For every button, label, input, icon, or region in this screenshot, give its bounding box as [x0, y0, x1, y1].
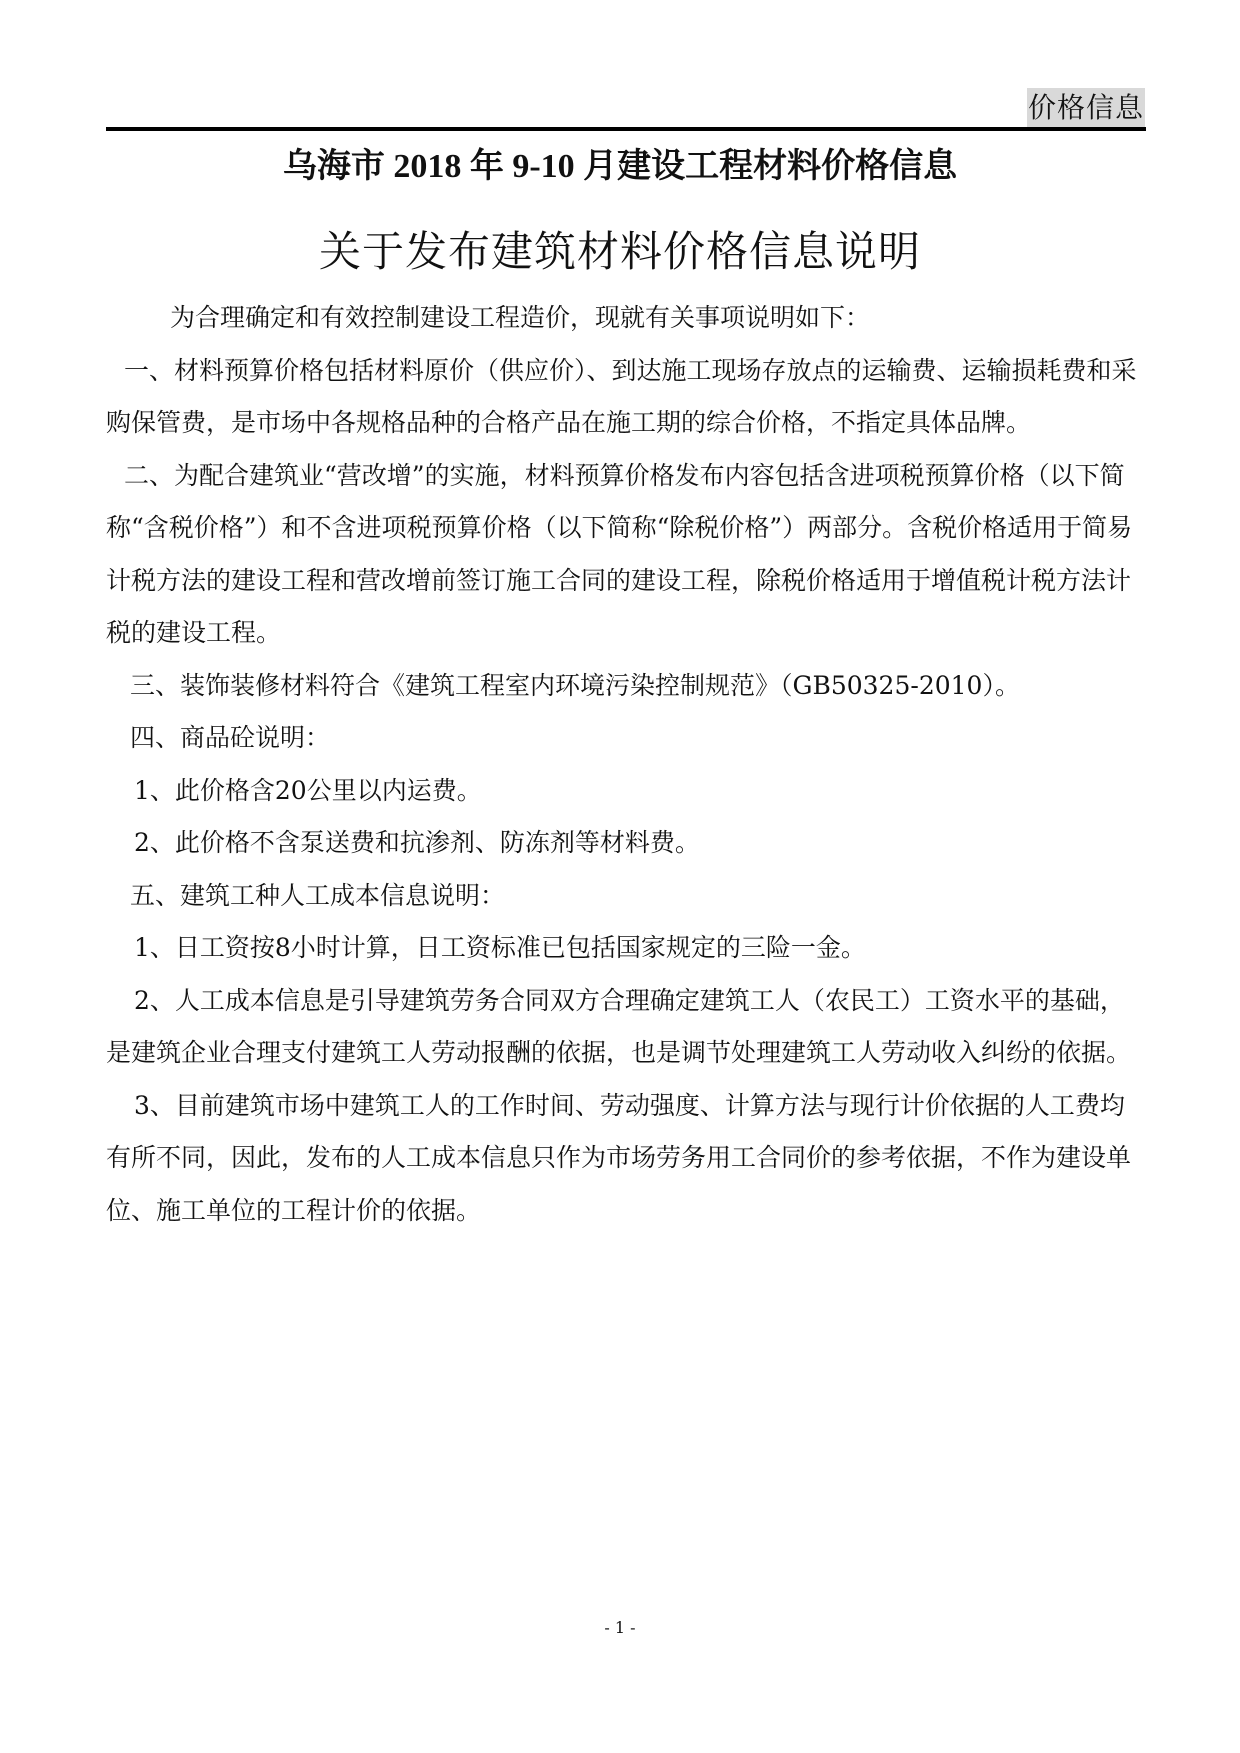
paragraph-section-2: 二、为配合建筑业“营改增”的实施，材料预算价格发布内容包括含进项税预算价格（以下… — [106, 450, 1146, 660]
document-subtitle: 关于发布建筑材料价格信息说明 — [0, 222, 1240, 282]
header-category-tag: 价格信息 — [1027, 88, 1145, 128]
page-number: - 1 - — [0, 1618, 1240, 1637]
paragraph-section-4-heading: 四、商品砼说明： — [106, 712, 1146, 765]
paragraph-section-3: 三、装饰装修材料符合《建筑工程室内环境污染控制规范》（GB50325-2010）… — [106, 660, 1146, 713]
paragraph-section-5-heading: 五、建筑工种人工成本信息说明： — [106, 870, 1146, 923]
header-divider — [106, 127, 1146, 131]
paragraph-section-1: 一、材料预算价格包括材料原价（供应价）、到达施工现场存放点的运输费、运输损耗费和… — [106, 345, 1146, 450]
paragraph-section-4-item-1: 1、此价格含20公里以内运费。 — [106, 765, 1146, 818]
document-body: 为合理确定和有效控制建设工程造价，现就有关事项说明如下： 一、材料预算价格包括材… — [106, 292, 1146, 1237]
paragraph-section-5-item-3: 3、目前建筑市场中建筑工人的工作时间、劳动强度、计算方法与现行计价依据的人工费均… — [106, 1080, 1146, 1238]
intro-paragraph: 为合理确定和有效控制建设工程造价，现就有关事项说明如下： — [106, 292, 1146, 345]
paragraph-section-4-item-2: 2、此价格不含泵送费和抗渗剂、防冻剂等材料费。 — [106, 817, 1146, 870]
document-title: 乌海市 2018 年 9-10 月建设工程材料价格信息 — [0, 143, 1240, 191]
paragraph-section-5-item-2: 2、人工成本信息是引导建筑劳务合同双方合理确定建筑工人（农民工）工资水平的基础，… — [106, 975, 1146, 1080]
paragraph-section-5-item-1: 1、日工资按8小时计算，日工资标准已包括国家规定的三险一金。 — [106, 922, 1146, 975]
